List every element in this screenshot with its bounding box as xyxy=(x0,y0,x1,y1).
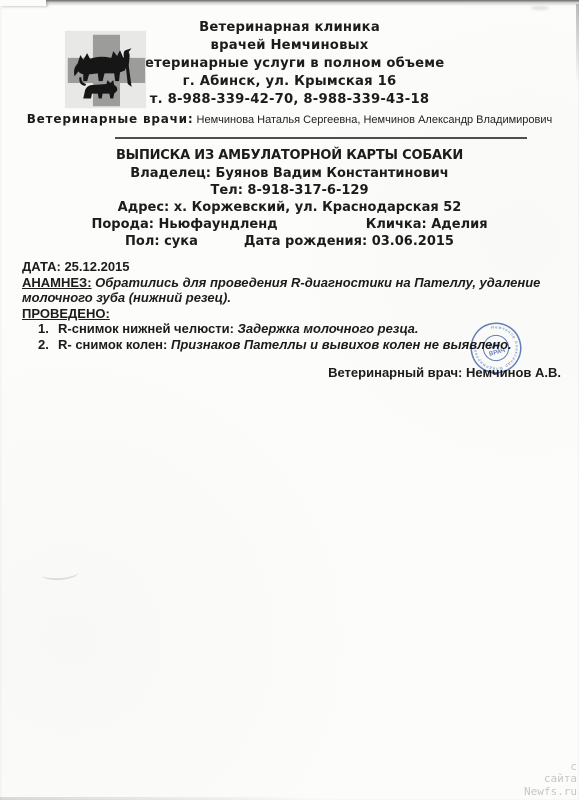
performed-item-result: Задержка молочного резца. xyxy=(238,321,419,336)
performed-label: ПРОВЕДЕНО: xyxy=(22,306,110,321)
performed-item-number: 2. xyxy=(38,337,58,353)
record-title: ВЫПИСКА ИЗ АМБУЛАТОРНОЙ КАРТЫ СОБАКИ xyxy=(0,147,579,165)
header-divider-line xyxy=(115,137,527,139)
scan-smudge-artifact xyxy=(531,6,549,10)
performed-item-result: Признаков Пателлы и вывихов колен не выя… xyxy=(171,337,512,352)
record-block: ВЫПИСКА ИЗ АМБУЛАТОРНОЙ КАРТЫ СОБАКИ Вла… xyxy=(0,147,579,250)
scan-edge-artifact-top-gap xyxy=(0,0,46,6)
vet-logo-image xyxy=(62,28,149,111)
vet-cross-animals-logo xyxy=(62,28,149,111)
scanned-document-page: Ветеринарная клиника врачей Немчиновых В… xyxy=(0,0,579,800)
record-breed: Порода: Ньюфаундленд xyxy=(91,216,277,233)
record-birthdate: Дата рождения: 03.06.2015 xyxy=(244,233,454,250)
anamnesis-text: Обратились для проведения R-диагностики … xyxy=(22,275,540,306)
performed-item-text: R- снимок колен: Признаков Пателлы и выв… xyxy=(58,337,512,353)
scan-edge-artifact-top xyxy=(0,0,579,6)
performed-item-name: R-снимок нижней челюсти: xyxy=(58,321,238,336)
performed-item-name: R- снимок колен: xyxy=(58,337,171,352)
performed-item-text: R-снимок нижней челюсти: Задержка молочн… xyxy=(58,321,419,337)
watermark-line3: Newfs.ru xyxy=(524,786,577,799)
doctors-line: Ветеринарные врачи: Немчинова Наталья Се… xyxy=(0,111,579,128)
record-owner: Владелец: Буянов Вадим Константинович xyxy=(0,165,579,182)
watermark-line2: сайта xyxy=(524,773,577,786)
record-breed-nickname-row: Порода: Ньюфаундленд Кличка: Аделия xyxy=(0,216,579,233)
performed-item-number: 1. xyxy=(38,321,58,337)
record-sex: Пол: сука xyxy=(125,233,198,250)
record-nickname: Кличка: Аделия xyxy=(366,216,488,233)
anamnesis-label: АНАМНЕЗ: xyxy=(22,275,92,290)
record-phone: Тел: 8-918-317-6-129 xyxy=(0,182,579,199)
anamnesis-paragraph: АНАМНЕЗ: Обратились для проведения R-диа… xyxy=(22,275,568,306)
record-sex-birthdate-row: Пол: сука Дата рождения: 03.06.2015 xyxy=(0,233,579,250)
doctors-names: Немчинова Наталья Сергеевна, Немчинов Ал… xyxy=(197,114,553,126)
visit-date: ДАТА: 25.12.2015 xyxy=(22,259,563,275)
scan-squiggle-artifact xyxy=(42,567,79,581)
site-watermark: с сайта Newfs.ru xyxy=(524,761,577,799)
performed-label-line: ПРОВЕДЕНО: xyxy=(22,306,563,322)
doctors-label: Ветеринарные врачи: xyxy=(27,112,194,126)
record-address: Адрес: х. Коржевский, ул. Краснодарская … xyxy=(0,199,579,216)
